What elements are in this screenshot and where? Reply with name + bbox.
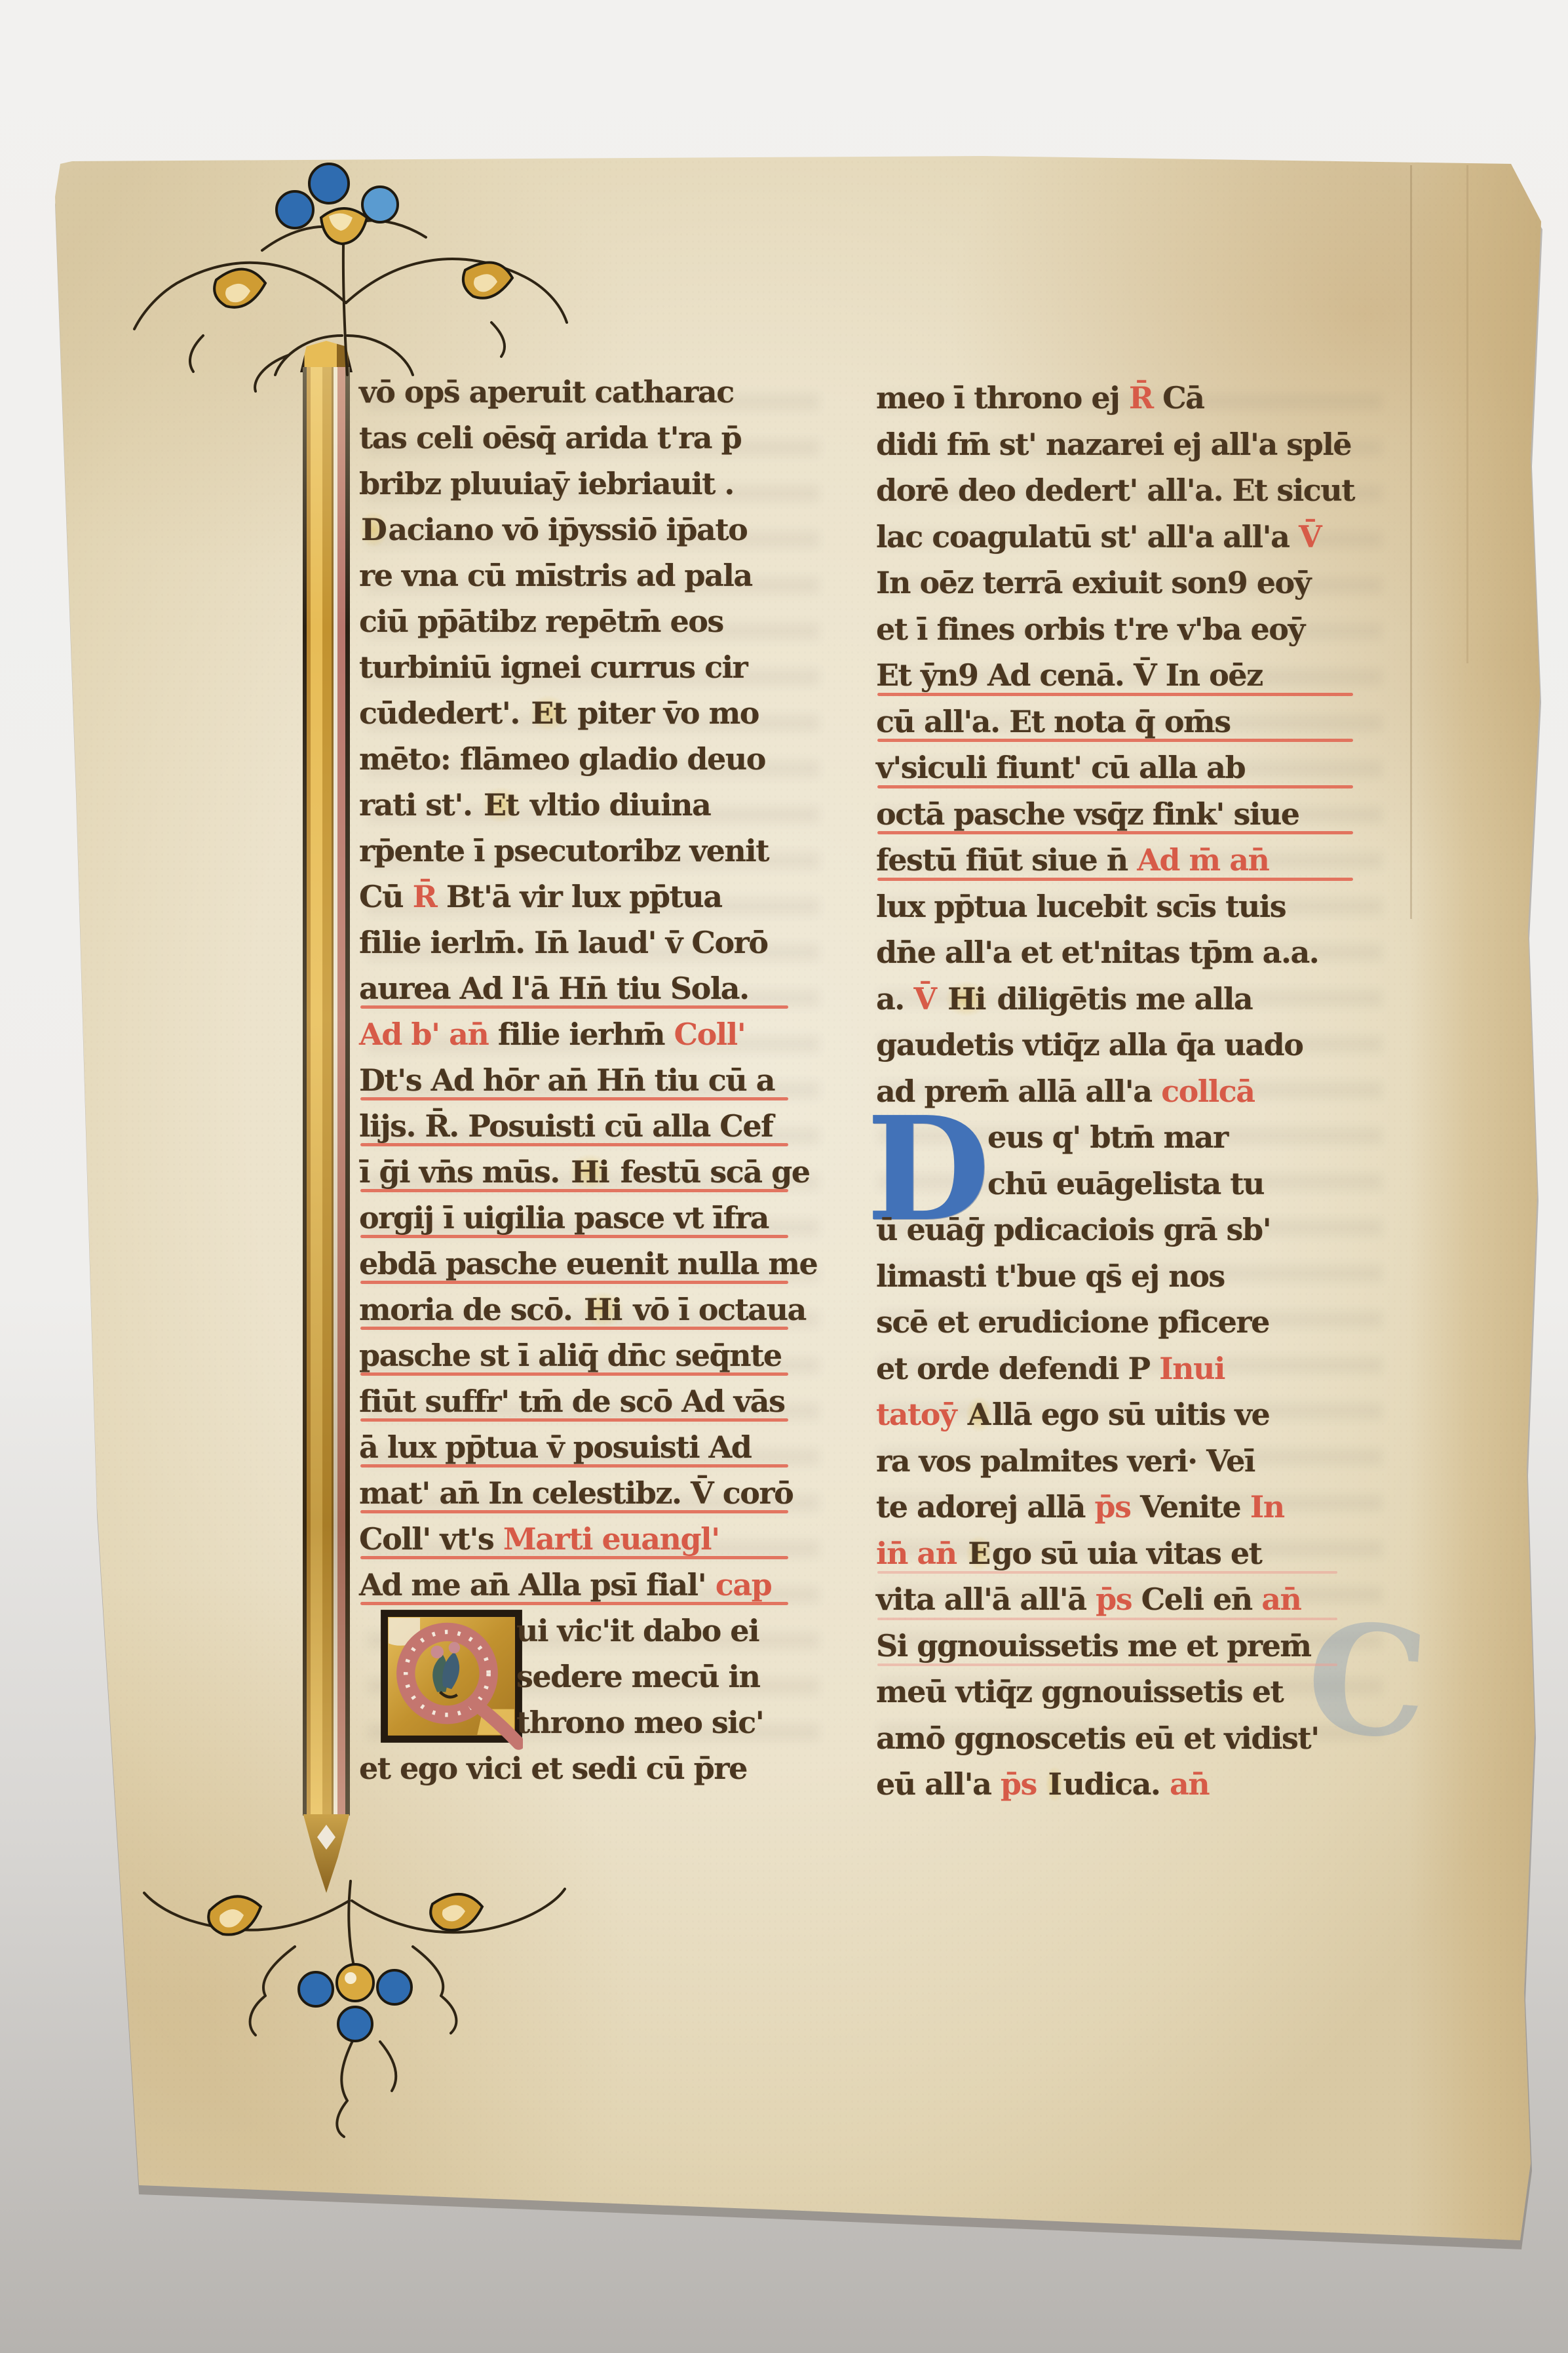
text-line: turbiniū ignei currus cir <box>359 644 831 690</box>
body-text: mat' an̄ In celestibz. V̄ corō <box>359 1475 793 1511</box>
body-text: a. <box>876 981 913 1017</box>
body-text: A <box>966 1397 992 1432</box>
body-text: eus q' btm̄ mar <box>987 1119 1228 1155</box>
text-line: Et ȳn9 Ad cenā. V̄ In oēz <box>876 652 1400 699</box>
body-text: ū euāḡ pdicaciois grā sb' <box>876 1212 1271 1247</box>
text-line: festū fiūt siue n̄ Ad m̄ an̄ <box>876 837 1400 884</box>
body-text: diligētis me alla <box>987 981 1252 1017</box>
body-text: et ī fines orbis t're v'ba eoȳ <box>876 612 1305 647</box>
text-line: didi fm̄ st' nazarei ej all'a splē <box>876 421 1400 468</box>
rubric-text: R̄ <box>1129 380 1162 416</box>
rubric-text: an̄ <box>1261 1582 1301 1617</box>
rubric-text: tatoȳ <box>876 1397 966 1432</box>
text-line: rp̄ente ī psecutoribz venit <box>359 828 831 874</box>
text-line: octā pasche vsq̄z fink' siue <box>876 791 1400 838</box>
text-line: pasche st ī aliq̄ dn̄c seq̄nte <box>359 1332 831 1378</box>
body-text: cūdedert'. <box>359 695 529 731</box>
text-line: throno meo sic' <box>359 1700 831 1745</box>
text-line: limasti t'bue qs̄ ej nos <box>876 1253 1400 1300</box>
body-text: meo ī throno ej <box>876 380 1129 416</box>
text-line: mat' an̄ In celestibz. V̄ corō <box>359 1470 831 1516</box>
body-text: te adorej allā <box>876 1489 1094 1525</box>
body-text: moria de scō. <box>359 1292 582 1327</box>
body-text: rati st'. <box>359 787 482 823</box>
body-text: Coll' vt's <box>359 1521 503 1557</box>
body-text: ā lux pp̄tua v̄ posuisti Ad <box>359 1429 751 1465</box>
body-text: v'siculi fiunt' cū alla ab <box>876 750 1245 785</box>
body-text: cū all'a. Et nota q̄ om̄s <box>876 704 1231 739</box>
text-line: ū euāḡ pdicaciois grā sb' <box>876 1207 1400 1253</box>
body-text: ī ḡi vn̄s mūs. <box>359 1154 569 1190</box>
body-text: vltio diuina <box>520 787 710 823</box>
text-line: chū euāgelista tu <box>876 1161 1400 1207</box>
body-text: vita all'ā all'ā <box>876 1582 1096 1617</box>
text-line: lac coagulatū st' all'a all'a V̄ <box>876 514 1400 560</box>
body-text: tas celi oēsq̄ arida t'ra p̄ <box>359 420 741 456</box>
rubric-text: p̄s <box>1094 1489 1140 1525</box>
body-text: rp̄ente ī psecutoribz venit <box>359 833 769 868</box>
body-text: vō ī octaua <box>624 1292 806 1327</box>
body-text: Hi <box>946 981 987 1017</box>
text-line: eū all'a p̄s Iudica. an̄ <box>876 1761 1400 1808</box>
text-line: et ī fines orbis t're v'ba eoȳ <box>876 606 1400 653</box>
body-text: Venite <box>1140 1489 1250 1525</box>
body-text: Cā <box>1162 380 1204 416</box>
rubric-text: collcā <box>1161 1074 1254 1109</box>
text-line: rati st'. Et vltio diuina <box>359 782 831 828</box>
body-text: et orde defendi P <box>876 1351 1159 1386</box>
body-text: scē et erudicione pficere <box>876 1304 1269 1340</box>
body-text: limasti t'bue qs̄ ej nos <box>876 1258 1225 1294</box>
text-line: aurea Ad l'ā Hn̄ tiu Sola. <box>359 965 831 1011</box>
body-text: amō ggnoscetis eū et vidist' <box>876 1721 1319 1756</box>
body-text: lac coagulatū st' all'a all'a <box>876 519 1299 554</box>
body-text: ciū pp̄ātibz repētm̄ eos <box>359 604 723 639</box>
text-line: lijs. R̄. Posuisti cū alla Cef <box>359 1103 831 1149</box>
text-line: eus q' btm̄ mar <box>876 1114 1400 1161</box>
body-text: Ad me an̄ Alla psī fial' <box>359 1567 716 1603</box>
text-line: meo ī throno ej R̄ Cā <box>876 375 1400 421</box>
text-line: Ad me an̄ Alla psī fial' cap <box>359 1562 831 1608</box>
body-text: Si ggnouissetis me et prem̄ <box>876 1628 1311 1663</box>
body-text: ad prem̄ allā all'a <box>876 1074 1161 1109</box>
text-column-right: meo ī throno ej R̄ Cādidi fm̄ st' nazare… <box>876 375 1400 1808</box>
text-line: mēto: flāmeo gladio deuo <box>359 736 831 782</box>
photograph-stage: D C vō ops̄ aperuit catharactas celi oēs… <box>0 0 1568 2353</box>
text-line: ad prem̄ allā all'a collcā <box>876 1068 1400 1115</box>
body-text: aurea Ad l'ā Hn̄ tiu Sola. <box>359 971 749 1006</box>
body-text: aciano vō ip̄yssiō ip̄ato <box>388 512 747 547</box>
text-line: ebdā pasche euenit nulla me <box>359 1241 831 1287</box>
text-line: In oēz terrā exiuit son9 eoȳ <box>876 560 1400 606</box>
body-text: D <box>359 512 388 547</box>
rubric-text: in̄ an̄ <box>876 1536 966 1571</box>
text-line: v'siculi fiunt' cū alla ab <box>876 745 1400 791</box>
rubric-text: V̄ <box>1299 519 1321 554</box>
text-line: amō ggnoscetis eū et vidist' <box>876 1715 1400 1762</box>
body-text: orgij ī uigilia pasce vt īfra <box>359 1200 769 1235</box>
body-text: eū all'a <box>876 1766 1001 1802</box>
text-line: Si ggnouissetis me et prem̄ <box>876 1623 1400 1669</box>
text-line: te adorej allā p̄s Venite In <box>876 1484 1400 1530</box>
rubric-text: an̄ <box>1170 1766 1209 1802</box>
text-line: ī ḡi vn̄s mūs. Hi festū scā ge <box>359 1149 831 1195</box>
text-line: ra vos palmites veri· Veī <box>876 1438 1400 1485</box>
text-line: dn̄e all'a et et'nitas tp̄m a.a. <box>876 929 1400 976</box>
body-text: filie ierlm̄. In̄ laud' v̄ Corō <box>359 925 768 960</box>
manuscript-leaf: D C vō ops̄ aperuit catharactas celi oēs… <box>0 0 1568 2353</box>
body-text: pasche st ī aliq̄ dn̄c seq̄nte <box>359 1338 782 1373</box>
body-text: I <box>1046 1766 1063 1802</box>
text-line: lux pp̄tua lucebit scīs tuis <box>876 884 1400 930</box>
body-text: fiūt suffr' tm̄ de scō Ad vās <box>359 1384 785 1419</box>
text-line: re vna cū mīstris ad pala <box>359 553 831 598</box>
body-text: turbiniū ignei currus cir <box>359 650 747 685</box>
text-line: a. V̄ Hi diligētis me alla <box>876 976 1400 1022</box>
text-line: bribz pluuiaȳ iebriauit . <box>359 461 831 507</box>
body-text: Et <box>482 787 520 823</box>
body-text: festū scā ge <box>611 1154 809 1190</box>
body-text: dn̄e all'a et et'nitas tp̄m a.a. <box>876 935 1318 970</box>
body-text: In oēz terrā exiuit son9 eoȳ <box>876 565 1310 600</box>
body-text: Hi <box>582 1292 624 1327</box>
rubric-text: Inui <box>1159 1351 1225 1386</box>
text-line: et ego vici et sedi cū p̄re <box>359 1745 831 1791</box>
body-text: Hi <box>569 1154 611 1190</box>
body-text: dorē deo dedert' all'a. Et sicut <box>876 473 1354 508</box>
body-text: piter v̄o mo <box>568 695 759 731</box>
body-text: Bt'ā vir lux pp̄tua <box>446 879 722 914</box>
body-text: throno meo sic' <box>516 1705 763 1740</box>
body-text: udica. <box>1063 1766 1170 1802</box>
text-line: ā lux pp̄tua v̄ posuisti Ad <box>359 1424 831 1470</box>
gold-bar-border <box>303 367 350 1816</box>
foliate-spray-bottom-icon <box>98 1875 596 2150</box>
text-line: tas celi oēsq̄ arida t'ra p̄ <box>359 415 831 461</box>
text-line: orgij ī uigilia pasce vt īfra <box>359 1195 831 1241</box>
rubric-text: Ad b' an̄ <box>359 1017 498 1052</box>
rubric-text: In <box>1250 1489 1284 1525</box>
text-column-left: vō ops̄ aperuit catharactas celi oēsq̄ a… <box>359 369 831 1791</box>
body-text: bribz pluuiaȳ iebriauit . <box>359 466 734 501</box>
body-text: festū fiūt siue n̄ <box>876 842 1137 878</box>
body-text: octā pasche vsq̄z fink' siue <box>876 796 1299 832</box>
text-line: Daciano vō ip̄yssiō ip̄ato <box>359 507 831 553</box>
body-text: gaudetis vtiq̄z alla q̄a uado <box>876 1027 1303 1062</box>
rubric-text: p̄s <box>1001 1766 1046 1802</box>
text-line: gaudetis vtiq̄z alla q̄a uado <box>876 1022 1400 1068</box>
body-text: llā ego sū uitis ve <box>992 1397 1269 1432</box>
body-text: go sū uia vitas et <box>992 1536 1262 1571</box>
body-text: filie ierhm̄ <box>498 1017 674 1052</box>
body-text: sedere mecū in <box>516 1659 759 1694</box>
body-text: Et ȳn9 Ad cenā. V̄ In oēz <box>876 657 1263 693</box>
rubric-text: V̄ <box>913 981 946 1017</box>
body-text: lux pp̄tua lucebit scīs tuis <box>876 889 1286 924</box>
text-line: Cū R̄ Bt'ā vir lux pp̄tua <box>359 874 831 920</box>
body-text: ra vos palmites veri· Veī <box>876 1443 1255 1479</box>
text-line: dorē deo dedert' all'a. Et sicut <box>876 467 1400 514</box>
body-text: Cū <box>359 879 413 914</box>
body-text: meū vtiq̄z ggnouissetis et <box>876 1674 1283 1709</box>
text-line: Dt's Ad hōr an̄ Hn̄ tiu cū a <box>359 1057 831 1103</box>
text-line: fiūt suffr' tm̄ de scō Ad vās <box>359 1378 831 1424</box>
text-line: Coll' vt's Marti euangl' <box>359 1516 831 1562</box>
body-text: Dt's Ad hōr an̄ Hn̄ tiu cū a <box>359 1062 774 1098</box>
text-line: meū vtiq̄z ggnouissetis et <box>876 1669 1400 1715</box>
text-line: tatoȳ Allā ego sū uitis ve <box>876 1391 1400 1438</box>
text-line: cū all'a. Et nota q̄ om̄s <box>876 699 1400 745</box>
text-line: vō ops̄ aperuit catharac <box>359 369 831 415</box>
text-line: ciū pp̄ātibz repētm̄ eos <box>359 598 831 644</box>
rubric-text: Ad m̄ an̄ <box>1137 842 1269 878</box>
rubric-text: Marti euangl' <box>503 1521 719 1557</box>
body-text: E <box>966 1536 992 1571</box>
body-text: ebdā pasche euenit nulla me <box>359 1246 817 1281</box>
text-line: Ad b' an̄ filie ierhm̄ Coll' <box>359 1011 831 1057</box>
body-text: et ego vici et sedi cū p̄re <box>359 1751 747 1786</box>
text-line: scē et erudicione pficere <box>876 1299 1400 1346</box>
text-line: cūdedert'. Et piter v̄o mo <box>359 690 831 736</box>
body-text: mēto: flāmeo gladio deuo <box>359 741 765 777</box>
body-text: didi fm̄ st' nazarei ej all'a splē <box>876 427 1351 462</box>
text-line: vita all'ā all'ā p̄s Celi en̄ an̄ <box>876 1576 1400 1623</box>
body-text: lijs. R̄. Posuisti cū alla Cef <box>359 1108 773 1144</box>
text-line: filie ierlm̄. In̄ laud' v̄ Corō <box>359 920 831 965</box>
foliate-spray-top-icon <box>98 139 583 401</box>
text-line: in̄ an̄ Ego sū uia vitas et <box>876 1530 1400 1577</box>
text-line: ui vic'it dabo ei <box>359 1608 831 1654</box>
rubric-text: Coll' <box>674 1017 746 1052</box>
body-text: chū euāgelista tu <box>987 1166 1264 1201</box>
text-line: moria de scō. Hi vō ī octaua <box>359 1287 831 1332</box>
body-text: ui vic'it dabo ei <box>516 1613 759 1648</box>
body-text: re vna cū mīstris ad pala <box>359 558 752 593</box>
body-text: Et <box>529 695 567 731</box>
rubric-text: p̄s <box>1096 1582 1141 1617</box>
text-line: et orde defendi P Inui <box>876 1346 1400 1392</box>
text-line: sedere mecū in <box>359 1654 831 1700</box>
body-text: Celi en̄ <box>1141 1582 1262 1617</box>
body-text: vō ops̄ aperuit catharac <box>359 374 734 410</box>
rubric-text: R̄ <box>413 879 446 914</box>
rubric-text: cap <box>716 1567 771 1603</box>
